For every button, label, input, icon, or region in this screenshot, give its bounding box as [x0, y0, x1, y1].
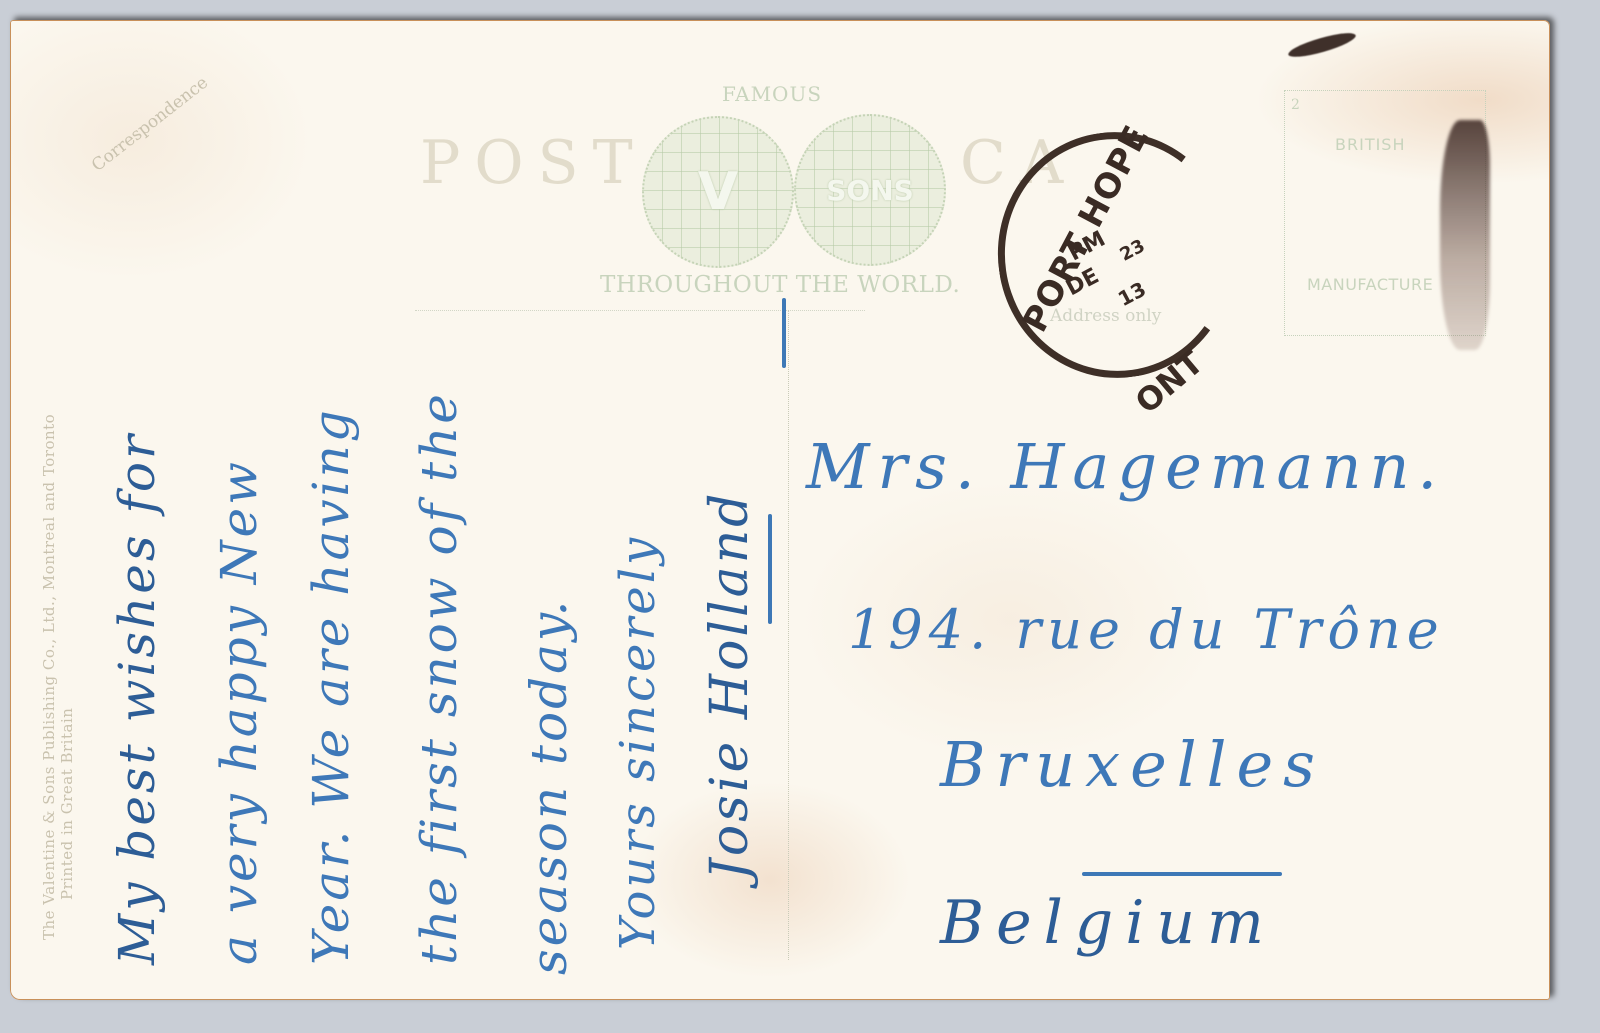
address-underline: [1082, 872, 1282, 876]
logo-sons: SONS: [826, 174, 914, 207]
header-rule: [415, 310, 865, 311]
publisher-imprint: The Valentine & Sons Publishing Co., Ltd…: [40, 414, 76, 940]
message-line: Year. We are having: [302, 407, 360, 965]
address-country: Belgium: [940, 888, 1276, 958]
address-street: 194. rue du Trône: [848, 598, 1445, 661]
message-signature: Josie Holland: [700, 491, 760, 880]
message-line: the first snow of the: [410, 391, 468, 965]
ink-smudge: [1286, 29, 1357, 62]
message-line: season today.: [520, 598, 578, 975]
famous-label: FAMOUS: [722, 82, 822, 106]
postcard-back: The Valentine & Sons Publishing Co., Ltd…: [10, 20, 1550, 1000]
logo-v: V: [698, 162, 738, 222]
globe-sons-logo: SONS: [794, 114, 946, 266]
publisher-line: The Valentine & Sons Publishing Co., Ltd…: [40, 414, 58, 940]
message-line: a very happy New: [210, 459, 268, 965]
center-divider: [788, 310, 789, 960]
post-heading: POST: [420, 128, 647, 198]
stamp-top-text: BRITISH: [1335, 135, 1406, 154]
address-city: Bruxelles: [940, 728, 1325, 801]
correspondence-label: Correspondence: [88, 73, 212, 176]
signature-dash: [782, 298, 786, 368]
message-line: My best wishes for: [108, 432, 166, 965]
globe-v-logo: V: [642, 116, 794, 268]
printed-in-line: Printed in Great Britain: [58, 414, 76, 940]
message-closing: Yours sincerely: [610, 535, 666, 950]
signature-dash: [768, 514, 772, 624]
stamp-number: 2: [1291, 97, 1300, 113]
stamp-bottom-text: MANUFACTURE: [1307, 275, 1433, 294]
stamp-residue: [1440, 120, 1490, 350]
address-name: Mrs. Hagemann.: [806, 430, 1445, 503]
throughout-label: THROUGHOUT THE WORLD.: [600, 272, 960, 298]
